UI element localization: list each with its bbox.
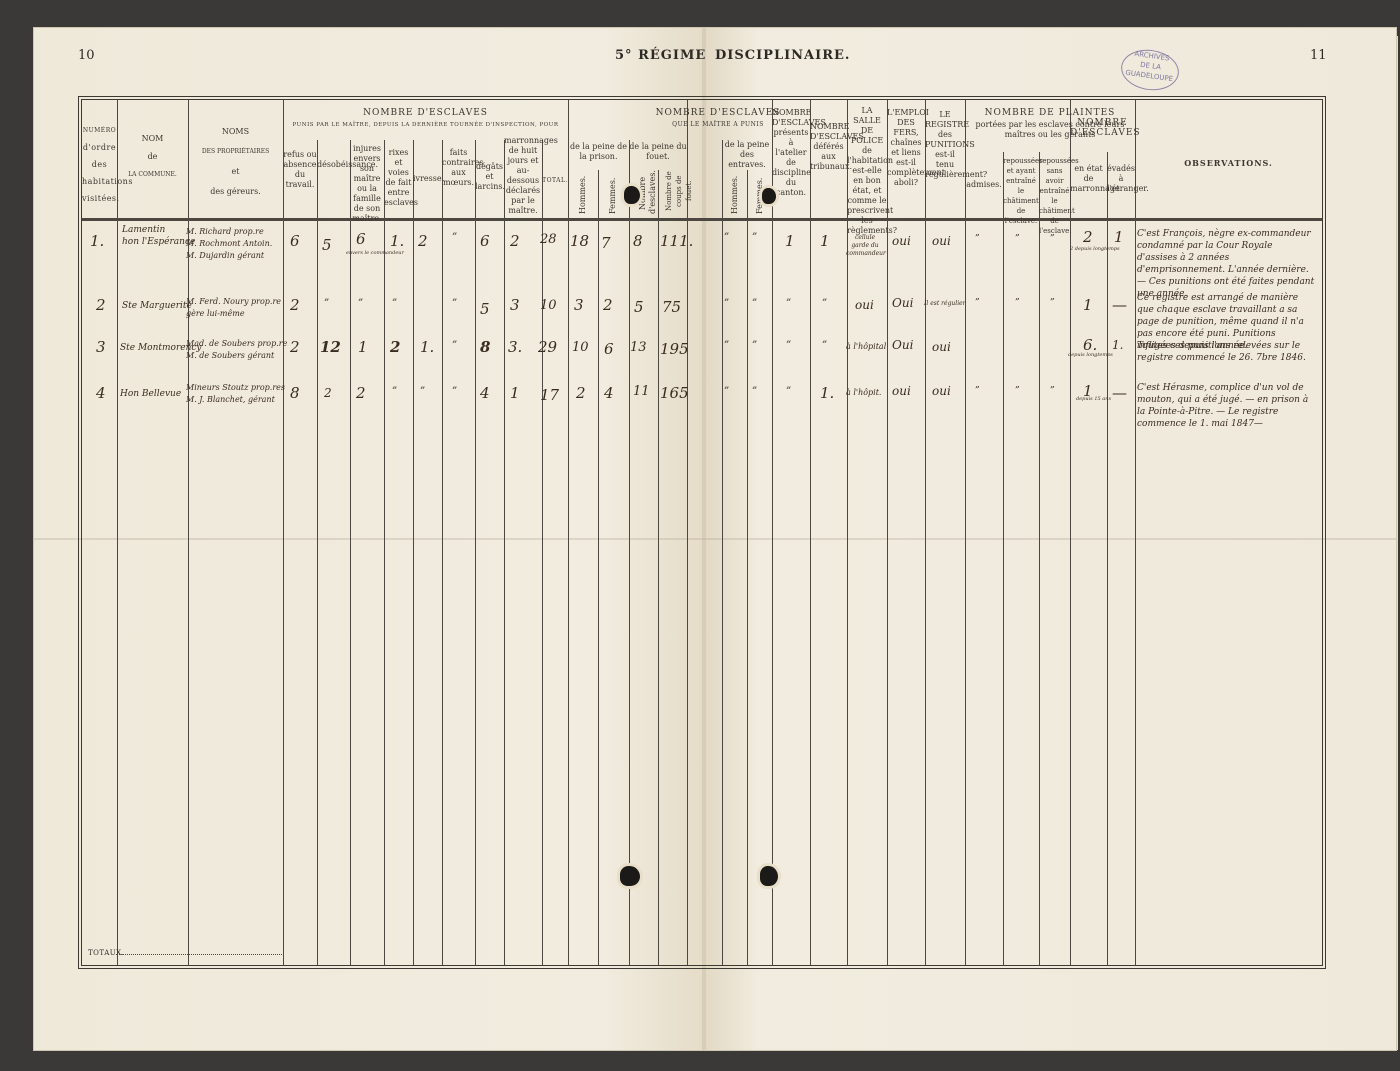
cell-plaintes-admises: ” <box>975 234 980 244</box>
header-plaintes-admises: admises. <box>965 180 1003 190</box>
cell-plaintes-rep1: ” <box>1015 298 1020 308</box>
cell-salle-police: oui <box>855 298 874 312</box>
cell-desobeissance: 12 <box>320 338 341 356</box>
cell-prison-femmes: 7 <box>601 234 611 252</box>
header-plaintes-rep2: repoussées sans avoir entraîné le châtim… <box>1039 156 1070 236</box>
cell-salle-police: à l'hôpit. <box>846 388 881 397</box>
cell-atelier: ” <box>786 298 791 309</box>
cell-ivresse: 2 <box>418 232 428 250</box>
cell-marronnage: 2 <box>1083 228 1093 246</box>
cell-refus: 6 <box>290 232 300 250</box>
row-number: 3 <box>96 338 106 356</box>
cell-evades: 1 <box>1114 228 1124 246</box>
cell-entraves-hommes: ” <box>724 386 729 397</box>
cell-tribunaux: ” <box>822 340 827 351</box>
header-desobeissance: désobéissance. <box>317 160 350 170</box>
header-observations: OBSERVATIONS. <box>1135 158 1322 168</box>
title-right: DISCIPLINAIRE. <box>715 48 850 63</box>
row-proprietaires: Mineurs Stoutz prop.resM. J. Blanchet, g… <box>186 382 285 406</box>
header-evades: évadés à l'étranger. <box>1107 164 1135 194</box>
cell-observations: C'est Hérasme, complice d'un vol de mout… <box>1137 382 1315 430</box>
cell-marronnages: 3 <box>510 296 520 314</box>
header-commune: NOM de LA COMMUNE. <box>117 130 188 184</box>
left-page-number: 10 <box>78 48 95 63</box>
paper-hole <box>620 866 640 886</box>
row-number: 2 <box>96 296 106 314</box>
header-entraves-hommes: Hommes. <box>730 178 740 214</box>
cell-plaintes-rep1: ” <box>1015 386 1020 396</box>
row-number: 4 <box>96 384 106 402</box>
cell-plaintes-rep2: ” <box>1050 298 1055 308</box>
cell-moeurs: ” <box>452 386 457 397</box>
cell-registre: oui <box>932 340 951 354</box>
cell-prison-hommes: 2 <box>576 384 586 402</box>
header-marronnage: en état de marronnage. <box>1070 164 1107 194</box>
cell-degats: 5 <box>480 300 490 318</box>
right-page-number: 11 <box>1310 48 1327 63</box>
cell-plaintes-rep2: ” <box>1050 234 1055 244</box>
cell-observations: C'est François, nègre ex-commandeur cond… <box>1137 228 1315 300</box>
header-punis-subtitle: PUNIS PAR LE MAÎTRE, DEPUIS LA DERNIÈRE … <box>283 120 568 130</box>
cell-injures: 2 <box>356 384 366 402</box>
header-esclaves-title: NOMBRE D'ESCLAVES <box>1070 118 1135 138</box>
header-salle-police: LA SALLE DE POLICE de l'habitation est-e… <box>847 106 887 236</box>
cell-injures-note: envers le commandeur <box>346 250 404 256</box>
cell-desobeissance: 5 <box>322 236 332 254</box>
cell-fouet-coups: 165 <box>660 384 689 402</box>
header-prison-femmes: Femmes. <box>608 178 618 214</box>
header-plaintes-title: NOMBRE DE PLAINTES <box>965 108 1135 118</box>
header-degats: dégâts et larcins. <box>475 162 504 192</box>
cell-prison-hommes: 18 <box>570 232 589 250</box>
cell-fouet-nombre: 11 <box>633 384 650 399</box>
cell-fouet-nombre: 13 <box>630 340 647 355</box>
cell-prison-femmes: 2 <box>603 296 613 314</box>
row-commune: Ste Marguerite <box>122 300 192 312</box>
cell-moeurs: ” <box>452 232 457 243</box>
cell-salle-police: à l'hôpital <box>846 342 886 351</box>
cell-desobeissance: 2 <box>324 386 332 400</box>
cell-fers: oui <box>892 234 911 248</box>
header-rixes: rixes et voies de fait entre esclaves <box>384 148 413 208</box>
header-refus: refus ou absence du travail. <box>283 150 317 190</box>
cell-total: 17 <box>540 386 559 404</box>
cell-marronnage-note: depuis longtemps <box>1068 352 1113 358</box>
cell-marronnage-note: depuis 15 ans <box>1076 396 1111 402</box>
cell-entraves-hommes: ” <box>724 298 729 309</box>
cell-tribunaux: 1. <box>820 384 834 402</box>
cell-marronnage-note: 2 depuis longtemps <box>1070 246 1120 252</box>
header-moeurs: faits contraires aux mœurs. <box>442 148 475 188</box>
title-left: 5° RÉGIME <box>615 48 706 63</box>
cell-total: 29 <box>538 338 557 356</box>
cell-marronnages: 2 <box>510 232 520 250</box>
cell-marronnages: 1 <box>510 384 520 402</box>
cell-total: 28 <box>540 232 557 247</box>
paper-hole <box>760 866 778 886</box>
cell-entraves-femmes: ” <box>752 298 757 309</box>
cell-atelier: ” <box>786 386 791 397</box>
header-plaintes-rep1: repoussées et ayant entraîné le châtimen… <box>1003 156 1039 226</box>
cell-salle-police: cellule garde du commandeur <box>846 234 884 258</box>
cell-refus: 2 <box>290 296 300 314</box>
cell-prison-femmes: 6 <box>604 340 614 358</box>
cell-injures: 1 <box>358 338 368 356</box>
cell-rixes: 1. <box>390 232 404 250</box>
header-rule <box>82 218 1322 221</box>
cell-fouet-coups: 111. <box>660 232 693 250</box>
cell-prison-hommes: 10 <box>572 340 589 355</box>
cell-entraves-femmes: ” <box>752 340 757 351</box>
cell-total: 10 <box>540 298 557 313</box>
cell-moeurs: ” <box>452 298 457 309</box>
row-proprietaires: M. Ferd. Noury prop.regère lui-même <box>186 296 281 320</box>
cell-fouet-nombre: 8 <box>633 232 643 250</box>
cell-fouet-coups: 75 <box>662 298 681 316</box>
header-proprietaires: NOMS DES PROPRIÉTAIRES et des géreurs. <box>188 122 283 202</box>
cell-entraves-femmes: ” <box>752 232 757 243</box>
cell-ivresse: 1. <box>420 338 434 356</box>
header-prison-hommes: Hommes. <box>578 178 588 214</box>
cell-rixes: 2 <box>390 338 400 356</box>
header-injures: injures envers son maître ou la famille … <box>350 144 384 224</box>
cell-plaintes-admises: ” <box>975 386 980 396</box>
cell-fers: Oui <box>892 296 913 310</box>
cell-plaintes-admises: ” <box>975 298 980 308</box>
cell-atelier: 1 <box>785 232 795 250</box>
cell-rixes: ” <box>392 386 397 397</box>
header-tribunaux: NOMBRE D'ESCLAVES déférés aux tribunaux. <box>810 122 847 172</box>
cell-tribunaux: ” <box>822 298 827 309</box>
cell-registre: Il est régulier <box>924 300 966 307</box>
header-total: TOTAL. <box>542 176 568 186</box>
header-prison: de la peine de la prison. <box>568 142 629 162</box>
row-number: 1. <box>90 232 104 250</box>
row-proprietaires: Mad. de Soubers prop.reM. de Soubers gér… <box>186 338 287 362</box>
cell-registre: oui <box>932 384 951 398</box>
cell-refus: 8 <box>290 384 300 402</box>
cell-plaintes-rep1: ” <box>1015 234 1020 244</box>
cell-registre: oui <box>932 234 951 248</box>
header-registre: LE REGISTRE des PUNITIONS est-il tenu ré… <box>925 110 965 180</box>
cell-refus: 2 <box>290 338 300 356</box>
cell-fers: oui <box>892 384 911 398</box>
cell-plaintes-rep2: ” <box>1050 386 1055 396</box>
cell-fouet-nombre: 5 <box>634 298 644 316</box>
cell-observations: Toutes ces punitions relevées sur le reg… <box>1137 340 1315 364</box>
header-emploi-fers: L'EMPLOI DES FERS, chaînes et liens est-… <box>887 108 925 188</box>
row-commune: Hon Bellevue <box>120 388 181 400</box>
header-atelier: NOMBRE D'ESCLAVES présents à l'atelier d… <box>772 108 810 198</box>
cell-degats: 8 <box>480 338 490 356</box>
cell-atelier: ” <box>786 340 791 351</box>
header-numero: NUMÉRO <box>82 122 117 139</box>
cell-entraves-femmes: ” <box>752 386 757 397</box>
header-entraves: de la peine des entraves. <box>722 140 772 170</box>
cell-evades: 1. <box>1112 338 1123 352</box>
cell-prison-femmes: 4 <box>604 384 614 402</box>
paper-hole <box>624 186 640 204</box>
cell-injures: ” <box>358 298 363 309</box>
cell-desobeissance: ” <box>324 298 329 309</box>
cell-ivresse: ” <box>420 386 425 397</box>
cell-injures: 6 <box>356 230 366 248</box>
cell-entraves-hommes: ” <box>724 232 729 243</box>
header-fouet-coups: Nombre de coups de fouet. <box>664 168 694 214</box>
header-fouet: de la peine du fouet. <box>629 142 687 162</box>
cell-fers: Oui <box>892 338 913 352</box>
cell-evades: — <box>1112 384 1127 402</box>
cell-moeurs: ” <box>452 340 457 351</box>
paper-hole <box>762 188 776 204</box>
cell-degats: 4 <box>480 384 490 402</box>
header-punis-title: NOMBRE D'ESCLAVES <box>283 108 568 118</box>
cell-entraves-hommes: ” <box>724 340 729 351</box>
totaux-label: TOTAUX. <box>88 949 124 957</box>
cell-fouet-coups: 195 <box>660 340 689 358</box>
row-proprietaires: M. Richard prop.reM. Rochmont Antoin.M. … <box>186 226 272 262</box>
cell-degats: 6 <box>480 232 490 250</box>
cell-tribunaux: 1 <box>820 232 830 250</box>
cell-prison-hommes: 3 <box>574 296 584 314</box>
header-maitre-title: NOMBRE D'ESCLAVES <box>568 108 868 118</box>
header-marronnages: marronnages de huit jours et au-dessous … <box>504 136 542 216</box>
cell-marronnages: 3. <box>508 338 522 356</box>
cell-marronnage: 1 <box>1083 296 1093 314</box>
cell-rixes: ” <box>392 298 397 309</box>
row-commune: Lamentinhon l'Espérance <box>122 224 195 248</box>
cell-evades: — <box>1112 296 1127 314</box>
header-ivresse: ivresse. <box>413 174 442 184</box>
totaux-dots <box>116 954 282 955</box>
header-fouet-nombre: Nombre d'esclaves. <box>638 172 658 214</box>
